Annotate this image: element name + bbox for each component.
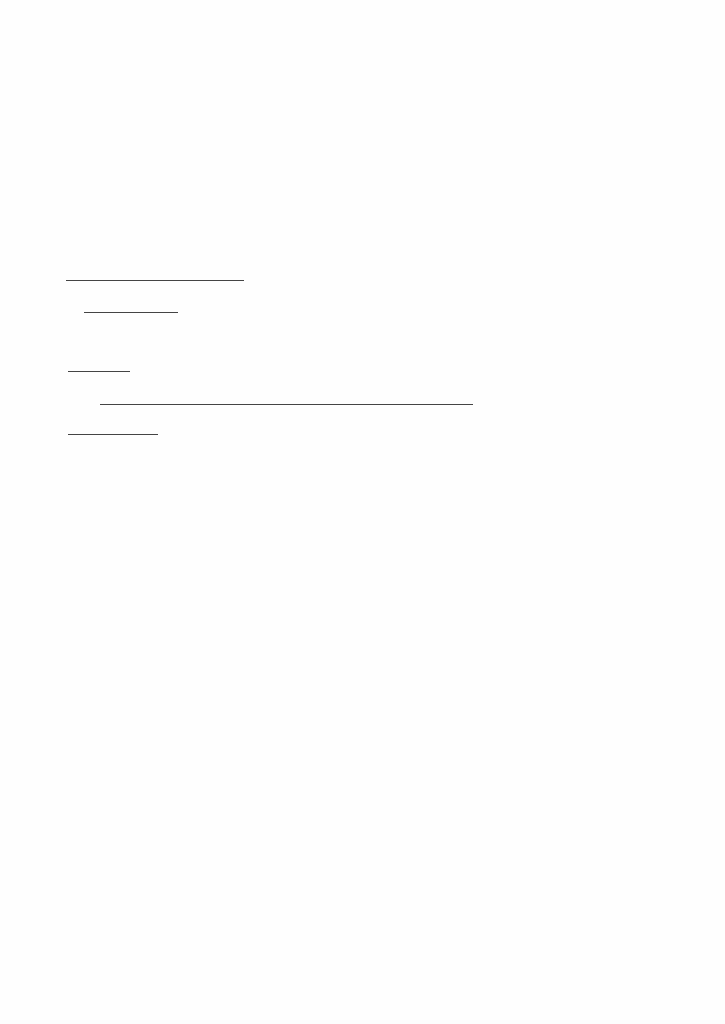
question-2-sub1-line2	[100, 388, 473, 411]
question-1-line-1b	[66, 264, 244, 288]
answer-blank[interactable]	[68, 418, 158, 435]
exam-page	[0, 0, 725, 1020]
answer-blank[interactable]	[84, 296, 178, 313]
question-2-sub1-line1	[68, 355, 130, 385]
answer-blank[interactable]	[66, 264, 244, 281]
question-1-line-2	[84, 296, 178, 319]
answer-blank[interactable]	[68, 355, 130, 372]
answer-blank[interactable]	[100, 388, 473, 405]
question-2-sub2-line1	[68, 418, 158, 448]
